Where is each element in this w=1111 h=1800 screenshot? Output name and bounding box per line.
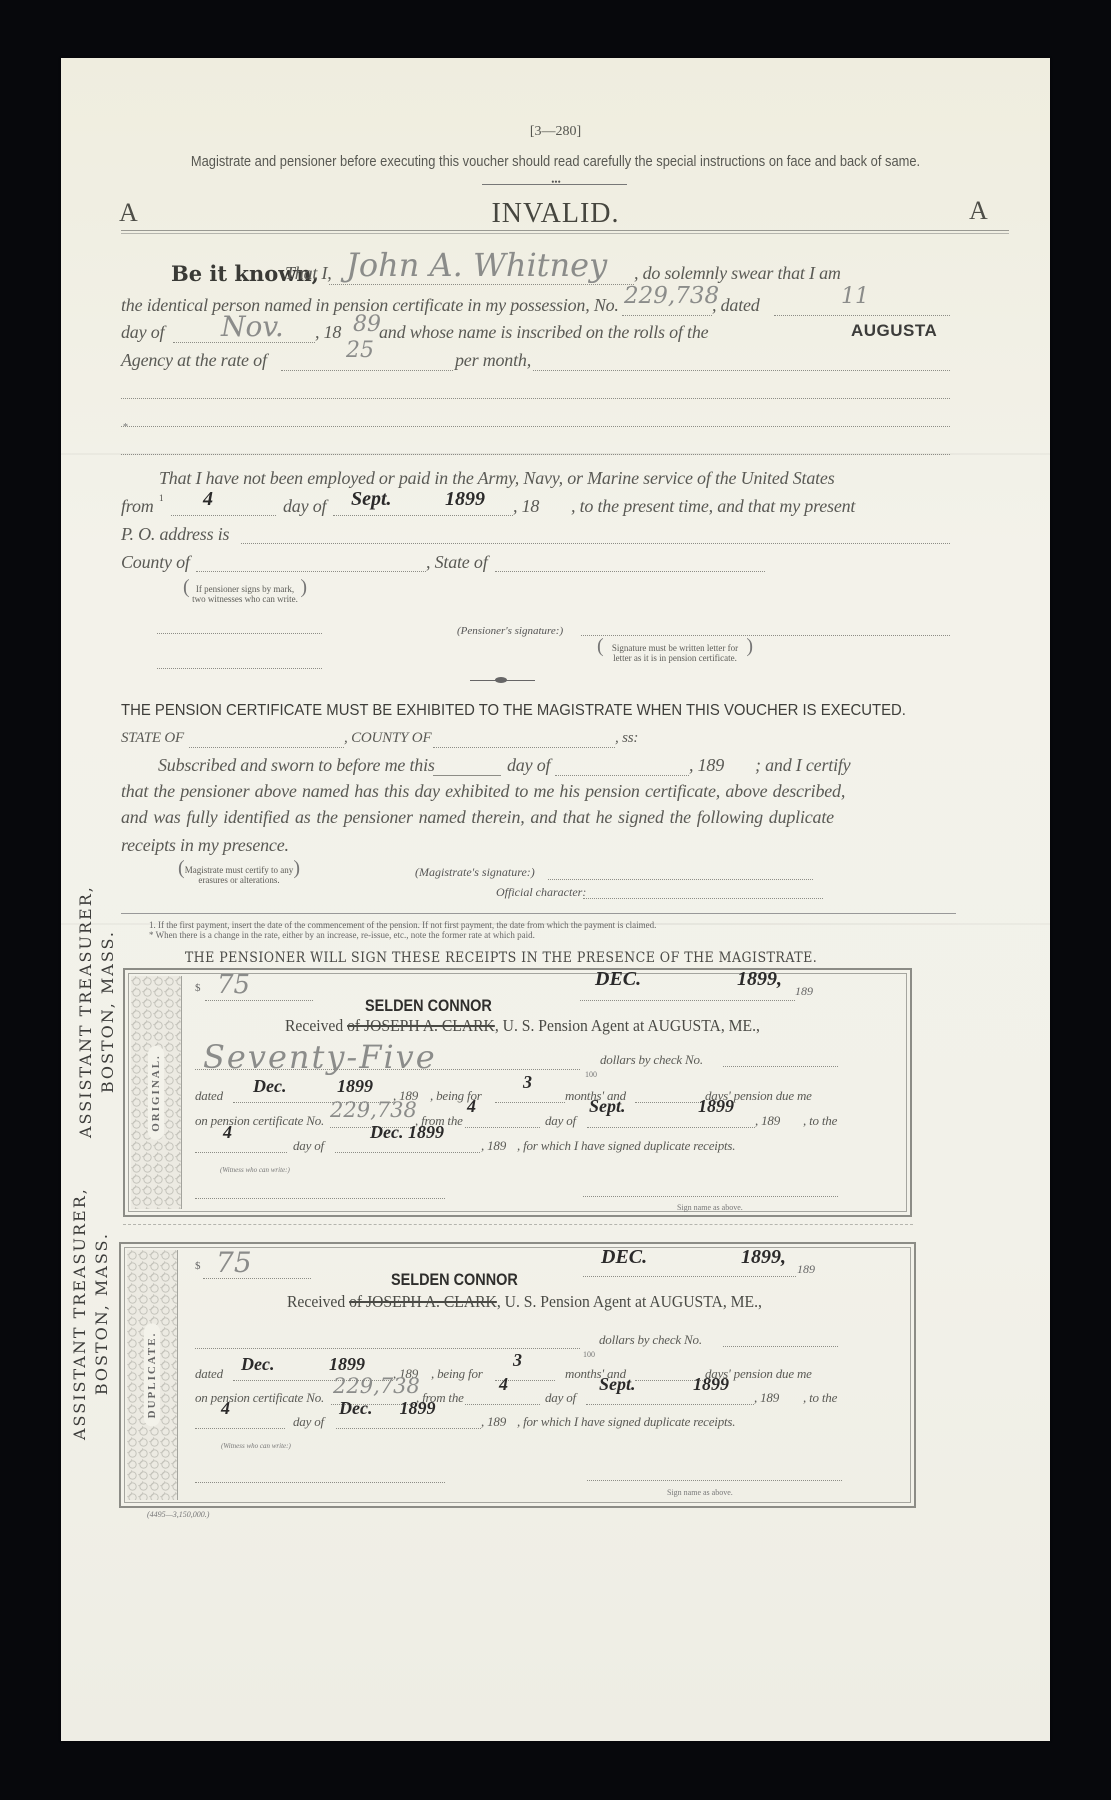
official-character-field[interactable] xyxy=(583,898,823,899)
to-day-field[interactable]: 4 xyxy=(223,1122,232,1143)
per-month-label: per month, xyxy=(455,350,531,371)
dated-month-field[interactable]: Dec. xyxy=(241,1354,274,1375)
from-month-field[interactable]: Sept. xyxy=(589,1096,626,1117)
po-address-field[interactable] xyxy=(241,543,950,544)
amount-words-field[interactable] xyxy=(195,1348,580,1349)
tear-line[interactable] xyxy=(123,1224,913,1225)
asterisk-mark: * xyxy=(123,422,128,433)
side-label-original: ASSISTANT TREASURER,BOSTON, MASS. xyxy=(75,885,119,1138)
day-of-label: day of xyxy=(293,1138,324,1154)
from-year-field[interactable]: 1899 xyxy=(693,1374,729,1395)
to-date-line xyxy=(336,1428,481,1429)
on-certificate-label: on pension certificate No. xyxy=(195,1113,324,1129)
county-of-label: , COUNTY OF xyxy=(344,730,431,747)
on-certificate-label: on pension certificate No. xyxy=(195,1390,324,1406)
day-of-label: day of xyxy=(293,1414,324,1430)
magistrate-signature-field[interactable] xyxy=(548,879,813,880)
magistrate-signature-label: (Magistrate's signature:) xyxy=(415,865,535,880)
dollar-sign: $ xyxy=(195,982,201,994)
that-i-label: That I, xyxy=(285,263,332,284)
ss-label: , ss: xyxy=(615,730,638,747)
certify-paragraph-4: receipts in my presence. xyxy=(121,835,289,856)
date-month-field[interactable]: DEC. xyxy=(595,968,641,991)
dated-month-field[interactable]: Dec. xyxy=(253,1076,286,1097)
amount-field[interactable]: 75 xyxy=(217,970,250,1000)
from-month-line xyxy=(333,515,513,516)
rate-notes-line xyxy=(533,370,950,371)
from-month-field[interactable]: Sept. xyxy=(599,1374,636,1395)
check-number-field[interactable] xyxy=(723,1066,838,1067)
dollar-sign: $ xyxy=(195,1260,201,1272)
to-day-line xyxy=(195,1428,285,1429)
hundredths: 100 xyxy=(583,1350,595,1359)
certificate-number-field[interactable]: 229,738 xyxy=(624,283,719,309)
header-rule xyxy=(121,233,1009,234)
copy-label: ORIGINAL. xyxy=(148,1046,164,1140)
struck-agent-name: of JOSEPH A. CLARK xyxy=(349,1292,497,1311)
pensioner-signature-field[interactable] xyxy=(581,635,950,636)
from-day-field[interactable]: 4 xyxy=(203,488,213,511)
date-year-field[interactable]: 1899, xyxy=(737,968,782,991)
witness-signature-line-1[interactable] xyxy=(157,633,322,634)
county-field[interactable] xyxy=(196,571,426,572)
certificate-number-field[interactable]: 229,738 xyxy=(330,1098,417,1122)
dated-year-field[interactable]: 89 xyxy=(353,312,381,337)
from-day-field[interactable]: 4 xyxy=(467,1096,476,1117)
year-prefix: , 18 xyxy=(513,496,539,517)
year-print: 189 xyxy=(795,984,813,999)
date-year-field[interactable]: 1899, xyxy=(741,1246,786,1269)
dated-year-field[interactable]: 1899 xyxy=(329,1354,365,1375)
from-day-line xyxy=(171,515,276,516)
pensioner-signature-label: (Pensioner's signature:) xyxy=(457,625,563,637)
rate-line xyxy=(281,370,453,371)
signature-note: Signature must be written letter for let… xyxy=(603,643,747,663)
dated-year-field[interactable]: 1899 xyxy=(337,1076,373,1097)
from-date-line xyxy=(587,1127,755,1128)
being-for-label: , being for xyxy=(431,1366,483,1382)
day-of-label: day of xyxy=(545,1113,576,1129)
pension-voucher-document: [3—280] Magistrate and pensioner before … xyxy=(61,58,1050,1741)
swear-text: , do solemnly swear that I am xyxy=(634,263,841,284)
class-letter-right: A xyxy=(969,196,988,226)
witness-signature-field[interactable] xyxy=(195,1482,445,1483)
pensioner-name-field[interactable]: John A. Whitney xyxy=(346,246,607,284)
agency-rate-label: Agency at the rate of xyxy=(121,350,267,371)
year-print: 189 xyxy=(797,1262,815,1277)
blank-line xyxy=(121,398,950,399)
received-line: Received of JOSEPH A. CLARK, U. S. Pensi… xyxy=(287,1292,762,1312)
year-print: , 189 xyxy=(481,1414,506,1430)
check-number-field[interactable] xyxy=(723,1346,838,1347)
amount-field[interactable]: 75 xyxy=(216,1246,252,1279)
instructions-text: Magistrate and pensioner before executin… xyxy=(130,153,981,170)
sign-name-note: Sign name as above. xyxy=(677,1203,743,1212)
ornament-dot xyxy=(495,677,507,683)
from-day-line xyxy=(465,1404,540,1405)
print-code: (4495—3,150,000.) xyxy=(147,1510,209,1519)
received-line: Received of JOSEPH A. CLARK, U. S. Pensi… xyxy=(285,1016,760,1036)
sworn-day-field[interactable] xyxy=(433,775,501,776)
to-the-label: , to the xyxy=(803,1390,837,1406)
dated-month-field[interactable]: Nov. xyxy=(221,310,284,343)
day-of-label: day of xyxy=(121,322,164,343)
side-label-duplicate: ASSISTANT TREASURER,BOSTON, MASS. xyxy=(69,1187,113,1440)
certify-text: ; and I certify xyxy=(755,755,850,776)
witness-label: (Witness who can write:) xyxy=(220,1166,290,1174)
certificate-number-line xyxy=(622,315,712,316)
magistrate-state-field[interactable] xyxy=(189,747,344,748)
rolls-text: and whose name is inscribed on the rolls… xyxy=(379,322,708,343)
official-character-label: Official character: xyxy=(496,885,586,900)
dated-label: dated xyxy=(195,1088,223,1104)
to-day-field[interactable]: 4 xyxy=(221,1398,230,1419)
dated-day-line xyxy=(774,315,950,316)
duplicate-receipts-text: , for which I have signed duplicate rece… xyxy=(517,1414,735,1430)
guilloche-border: DUPLICATE. xyxy=(127,1250,178,1500)
receipt-duplicate: DUPLICATE. $ 75 DEC. 1899, 189 SELDEN CO… xyxy=(119,1242,916,1508)
from-day-field[interactable]: 4 xyxy=(499,1374,508,1395)
certificate-number-field[interactable]: 229,738 xyxy=(333,1374,420,1398)
struck-agent-name: of JOSEPH A. CLARK xyxy=(347,1016,495,1035)
witness-signature-line-2[interactable] xyxy=(157,668,322,669)
blank-line xyxy=(121,454,950,455)
receipt-original: ORIGINAL. $ 75 DEC. 1899, 189 SELDEN CON… xyxy=(123,968,912,1217)
agency-name-stamp: AUGUSTA xyxy=(851,321,937,341)
section-rule xyxy=(121,913,956,914)
date-line xyxy=(580,1000,795,1001)
form-number: [3—280] xyxy=(61,124,1050,140)
to-date-field[interactable]: Dec. 1899 xyxy=(370,1122,444,1143)
days-field[interactable] xyxy=(635,1102,703,1103)
subscribed-text: Subscribed and sworn to before me this xyxy=(158,755,435,776)
po-address-label: P. O. address is xyxy=(121,524,229,545)
date-month-field[interactable]: DEC. xyxy=(601,1246,647,1269)
dated-label: , dated xyxy=(712,295,760,316)
receipts-header: THE PENSIONER WILL SIGN THESE RECEIPTS I… xyxy=(105,950,897,966)
agent-stamp: SELDEN CONNOR xyxy=(391,1270,518,1290)
to-the-label: , to the xyxy=(803,1113,837,1129)
from-date-line xyxy=(586,1404,754,1405)
witness-label: (Witness who can write:) xyxy=(221,1442,291,1450)
months-field[interactable]: 3 xyxy=(523,1072,532,1093)
dated-day-field[interactable]: 11 xyxy=(841,284,869,309)
employment-text: That I have not been employed or paid in… xyxy=(159,468,835,489)
footnote-2: * When there is a change in the rate, ei… xyxy=(149,930,535,940)
witness-signature-field[interactable] xyxy=(195,1198,445,1199)
county-label: County of xyxy=(121,552,190,573)
erasure-note: Magistrate must certify to any erasures … xyxy=(184,865,294,885)
witness-note: If pensioner signs by mark, two witnesse… xyxy=(189,584,301,604)
dollars-by-check-label: dollars by check No. xyxy=(600,1052,703,1068)
year-print: , 189 xyxy=(755,1113,780,1129)
dated-label: dated xyxy=(195,1366,223,1382)
state-field[interactable] xyxy=(495,571,765,572)
certify-paragraph-2: that the pensioner above named has this … xyxy=(121,781,845,802)
day-of-label: day of xyxy=(507,755,550,776)
amount-words-field[interactable]: Seventy-Five xyxy=(203,1038,437,1076)
year-print: , 189 xyxy=(754,1390,779,1406)
dollars-by-check-label: dollars by check No. xyxy=(599,1332,702,1348)
from-year-field[interactable]: 1899 xyxy=(445,488,485,511)
copy-label: DUPLICATE. xyxy=(144,1324,160,1427)
footnote-1: 1. If the first payment, insert the date… xyxy=(149,920,656,930)
header-rule xyxy=(121,230,1009,231)
from-label: from xyxy=(121,496,154,517)
guilloche-border: ORIGINAL. xyxy=(131,976,182,1209)
months-line xyxy=(495,1102,565,1103)
to-date-field[interactable]: Dec. 1899 xyxy=(339,1398,435,1419)
from-month-field[interactable]: Sept. xyxy=(351,488,392,511)
from-year-field[interactable]: 1899 xyxy=(698,1096,734,1117)
dots-ornament: ••• xyxy=(541,177,571,187)
year-label: , 189 xyxy=(689,755,724,776)
months-field[interactable]: 3 xyxy=(513,1350,522,1371)
sign-name-note: Sign name as above. xyxy=(667,1488,733,1497)
state-of-label: STATE OF xyxy=(121,730,184,747)
date-line xyxy=(583,1276,796,1277)
present-text: , to the present time, and that my prese… xyxy=(571,496,855,517)
certify-paragraph-3: and was fully identified as the pensione… xyxy=(121,807,834,828)
agent-stamp: SELDEN CONNOR xyxy=(365,996,492,1016)
duplicate-receipts-text: , for which I have signed duplicate rece… xyxy=(517,1138,735,1154)
footnote-mark: 1 xyxy=(159,493,164,503)
pensioner-name-line xyxy=(329,284,634,285)
day-of-label: day of xyxy=(545,1390,576,1406)
sworn-month-field[interactable] xyxy=(555,775,689,776)
year-print: , 189 xyxy=(481,1138,506,1154)
magistrate-county-field[interactable] xyxy=(433,747,615,748)
amount-line xyxy=(205,1000,313,1001)
to-day-line xyxy=(195,1152,287,1153)
state-label: , State of xyxy=(426,552,488,573)
pensioner-signature-field[interactable] xyxy=(583,1196,838,1197)
magistrate-notice: THE PENSION CERTIFICATE MUST BE EXHIBITE… xyxy=(121,702,906,720)
to-date-line xyxy=(335,1152,480,1153)
pensioner-signature-field[interactable] xyxy=(587,1480,842,1481)
hundredths: 100 xyxy=(585,1070,597,1079)
year-prefix: , 18 xyxy=(315,322,341,343)
from-day-line xyxy=(465,1127,540,1128)
blank-line xyxy=(121,426,950,427)
day-of-label: day of xyxy=(283,496,326,517)
rate-field[interactable]: 25 xyxy=(346,338,374,363)
form-title: INVALID. xyxy=(61,198,1050,230)
